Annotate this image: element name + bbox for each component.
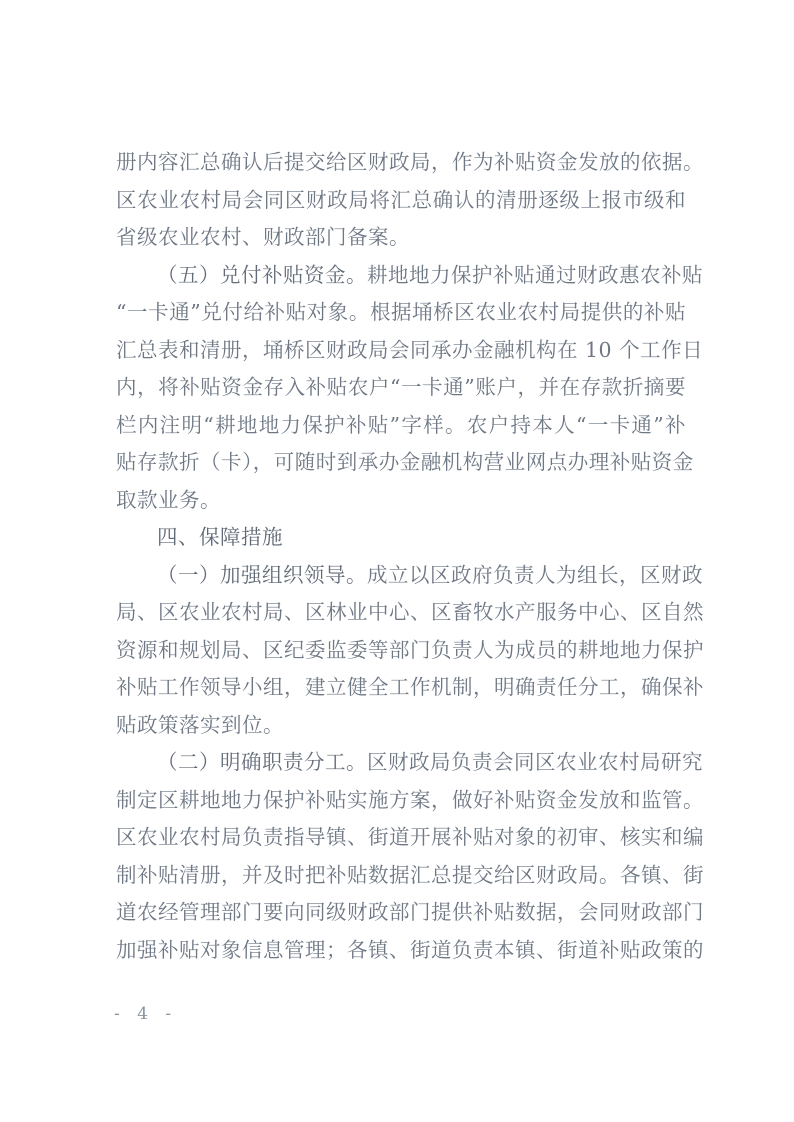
subsection-1-first-line: （一）加强组织领导。成立以区政府负责人为组长，区财政	[116, 557, 686, 595]
section-5-first-line: （五）兑付补贴资金。耕地地力保护补贴通过财政惠农补贴	[116, 257, 686, 295]
paragraph-line: 道农经管理部门要向同级财政部门提供补贴数据，会同财政部门	[116, 894, 686, 932]
section-5-lead: （五）兑付补贴资金。	[157, 263, 367, 287]
paragraph-line: 补贴工作领导小组，建立健全工作机制，明确责任分工，确保补	[116, 669, 686, 707]
paragraph-line: 区农业农村局负责指导镇、街道开展补贴对象的初审、核实和编	[116, 819, 686, 857]
subsection-2-lead: （二）明确职责分工。	[157, 750, 367, 774]
paragraph-line: 册内容汇总确认后提交给区财政局，作为补贴资金发放的依据。	[116, 144, 686, 182]
subsection-2-first-line: （二）明确职责分工。区财政局负责会同区农业农村局研究	[116, 744, 686, 782]
body-text: 册内容汇总确认后提交给区财政局，作为补贴资金发放的依据。 区农业农村局会同区财政…	[116, 144, 686, 969]
paragraph-line: 取款业务。	[116, 482, 686, 520]
paragraph-line: 贴政策落实到位。	[116, 707, 686, 745]
paragraph-line: 内，将补贴资金存入补贴农户“一卡通”账户，并在存款折摘要	[116, 369, 686, 407]
section-heading: 四、保障措施	[116, 519, 686, 557]
paragraph-line: 资源和规划局、区纪委监委等部门负责人为成员的耕地地力保护	[116, 632, 686, 670]
page-number: - 4 -	[114, 1004, 177, 1024]
paragraph-line: 加强补贴对象信息管理；各镇、街道负责本镇、街道补贴政策的	[116, 932, 686, 970]
subsection-1-lead: （一）加强组织领导。	[157, 563, 367, 587]
paragraph-line: 汇总表和清册，埇桥区财政局会同承办金融机构在 10 个工作日	[116, 332, 686, 370]
paragraph-line: 制补贴清册，并及时把补贴数据汇总提交给区财政局。各镇、街	[116, 857, 686, 895]
document-page: 册内容汇总确认后提交给区财政局，作为补贴资金发放的依据。 区农业农村局会同区财政…	[0, 0, 794, 1122]
paragraph-line: 区农业农村局会同区财政局将汇总确认的清册逐级上报市级和	[116, 182, 686, 220]
paragraph-line: 贴存款折（卡），可随时到承办金融机构营业网点办理补贴资金	[116, 444, 686, 482]
paragraph-line: 局、区农业农村局、区林业中心、区畜牧水产服务中心、区自然	[116, 594, 686, 632]
paragraph-line: 栏内注明“耕地地力保护补贴”字样。农户持本人“一卡通”补	[116, 407, 686, 445]
paragraph-line: 省级农业农村、财政部门备案。	[116, 219, 686, 257]
paragraph-line: “一卡通”兑付给补贴对象。根据埇桥区农业农村局提供的补贴	[116, 294, 686, 332]
paragraph-line: 制定区耕地地力保护补贴实施方案，做好补贴资金发放和监管。	[116, 782, 686, 820]
